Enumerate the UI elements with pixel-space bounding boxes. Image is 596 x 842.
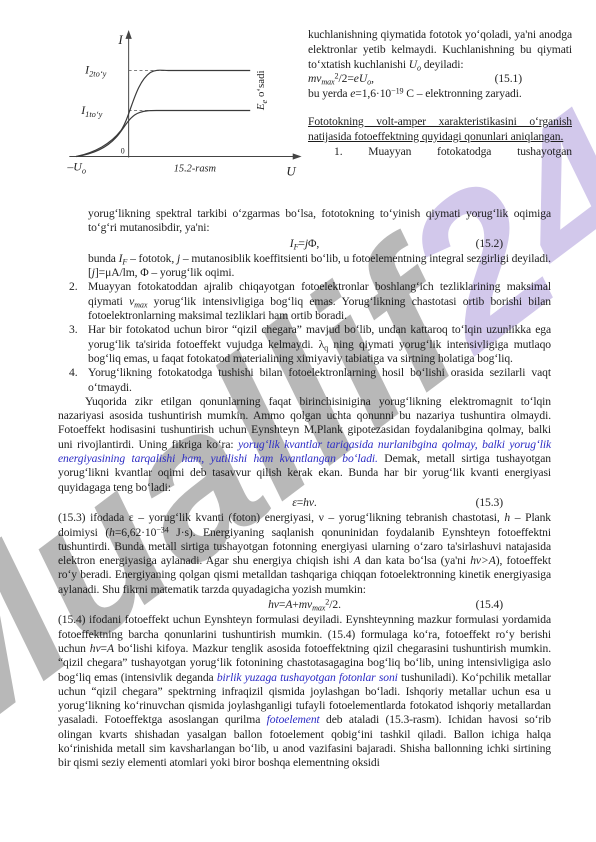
list-item-2: 2. Muayyan fotokatoddan ajralib chiqayot… [58, 280, 551, 323]
equation-15-2-expr: IF=jΦ, [290, 237, 319, 250]
right-column: kuchlanishning qiymatida fototok yo‘qola… [308, 28, 572, 203]
list-item-3-number: 3. [69, 323, 78, 337]
list-item-1-lead: 1. Muayyan fotokatodga tushayotgan [308, 145, 572, 160]
paragraph-yuqorida: Yuqorida zikr etilgan qonunlarning faqat… [58, 395, 551, 495]
paragraph-electron-charge: bu yerda e=1,6·10−19 C – elektronning za… [308, 87, 572, 102]
figure-15-2: I U 0 –Uo I2to‘y I1to‘y Ee o‘sadi 15.2-r… [58, 28, 308, 203]
list-item-3: 3. Har bir fotokatod uchun biror “qizil … [58, 323, 551, 366]
equation-15-3: ε=hν. (15.3) [58, 496, 551, 510]
spacer [308, 102, 572, 115]
origin-label: 0 [121, 147, 125, 156]
stop-voltage-label: –Uo [66, 159, 86, 175]
paragraph-stop-voltage: kuchlanishning qiymatida fototok yo‘qola… [308, 28, 572, 72]
top-section: I U 0 –Uo I2to‘y I1to‘y Ee o‘sadi 15.2-r… [58, 28, 572, 203]
equation-15-1: mvmax2/2=eUo, (15.1) [308, 72, 572, 87]
equation-15-1-expr: mvmax2/2=eUo, [308, 72, 374, 87]
list-item-2-number: 2. [69, 280, 78, 294]
list-item-4: 4. Yorug‘likning fotokatodga tushishi bi… [58, 366, 551, 395]
equation-15-2-number: (15.2) [476, 237, 503, 251]
x-axis-arrow [293, 153, 302, 159]
equation-15-4-number: (15.4) [476, 598, 503, 612]
laws-heading: Fototokning volt-amper xarakteristikasin… [308, 115, 572, 145]
list-item-4-text: Yorug‘likning fotokatodga tushishi bilan… [88, 366, 551, 393]
list-item-3-text: Har bir fotokatod uchun biror “qizil che… [88, 323, 551, 365]
equation-15-4: hν=A+mvmax2/2. (15.4) [58, 598, 551, 612]
paragraph-bunda: bunda IF – fototok, j – mutanosiblik koe… [58, 252, 551, 281]
ee-osadi-label: Ee o‘sadi [255, 70, 269, 111]
equation-15-3-number: (15.3) [476, 496, 503, 510]
list-item-1-continuation: yorug‘likning spektral tarkibi o‘zgarmas… [58, 207, 551, 236]
equation-15-2: IF=jΦ, (15.2) [58, 237, 551, 251]
x-axis-label: U [286, 164, 296, 178]
body-text: yorug‘likning spektral tarkibi o‘zgarmas… [58, 207, 551, 771]
equation-15-3-expr: ε=hν. [292, 496, 316, 509]
page-content: I U 0 –Uo I2to‘y I1to‘y Ee o‘sadi 15.2-r… [0, 28, 596, 771]
y-axis-label: I [117, 33, 123, 47]
list-item-2-text: Muayyan fotokatoddan ajralib chiqayotgan… [88, 280, 551, 322]
saturation-current-1-label: I1to‘y [80, 103, 102, 119]
volt-amper-characteristic-plot: I U 0 –Uo I2to‘y I1to‘y Ee o‘sadi 15.2-r… [58, 28, 308, 198]
y-axis-arrow [125, 30, 131, 39]
list-item-4-number: 4. [69, 366, 78, 380]
paragraph-15-3-explanation: (15.3) ifodada ε – yorug‘lik kvanti (fot… [58, 511, 551, 597]
equation-15-4-expr: hν=A+mvmax2/2. [268, 598, 341, 611]
scanned-textbook-page: Muallif24 I U [0, 0, 596, 842]
figure-caption: 15.2-rasm [174, 163, 217, 174]
paragraph-15-4-explanation: (15.4) ifodani fotoeffekt uchun Eynshtey… [58, 613, 551, 770]
equation-15-1-number: (15.1) [495, 72, 522, 87]
saturation-current-2-label: I2to‘y [84, 62, 106, 78]
